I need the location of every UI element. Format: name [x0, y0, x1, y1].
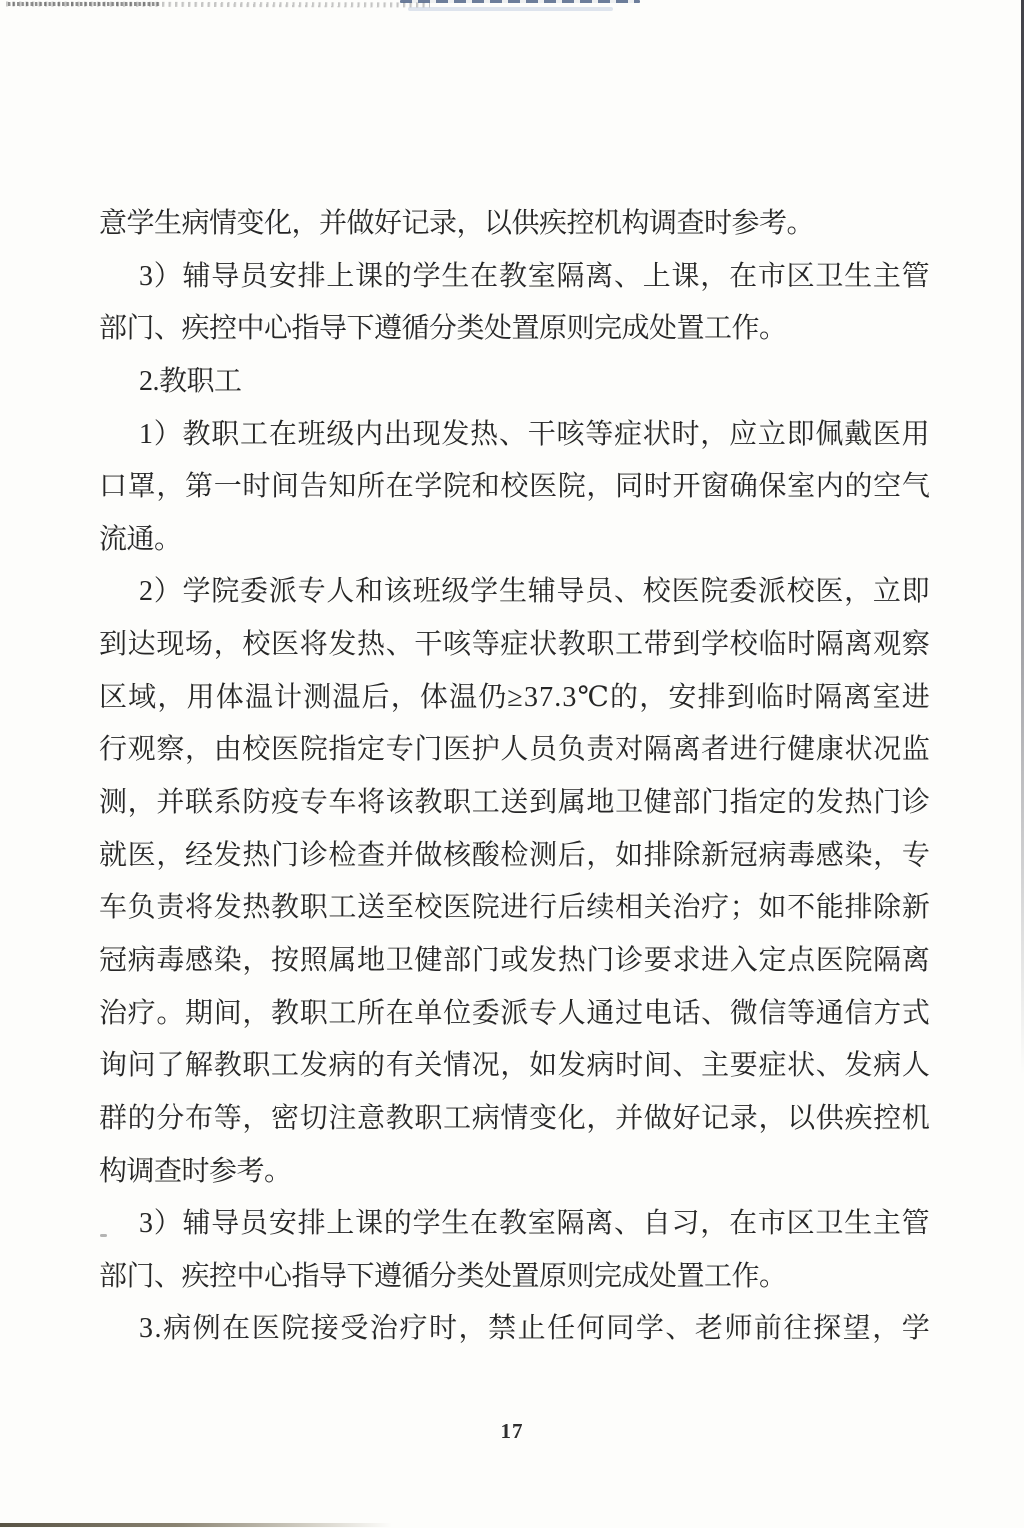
document-page: 意学生病情变化，并做好记录，以供疾控机构调查时参考。 3）辅导员安排上课的学生在… — [0, 0, 1024, 1528]
text-line: 3）辅导员安排上课的学生在教室隔离、上课，在市区卫生主管 — [99, 251, 930, 304]
page-text-body: 意学生病情变化，并做好记录，以供疾控机构调查时参考。 3）辅导员安排上课的学生在… — [99, 198, 930, 1356]
text-line: 1）教职工在班级内出现发热、干咳等症状时，应立即佩戴医用 — [99, 409, 930, 462]
text-line: 治疗。期间，教职工所在单位委派专人通过电话、微信等通信方式 — [99, 988, 930, 1041]
text-line: 3.病例在医院接受治疗时，禁止任何同学、老师前往探望，学 — [99, 1303, 930, 1356]
text-line: 意学生病情变化，并做好记录，以供疾控机构调查时参考。 — [99, 198, 930, 251]
text-line: 2）学院委派专人和该班级学生辅导员、校医院委派校医，立即 — [99, 566, 930, 619]
scan-blue-smudge — [408, 7, 613, 11]
page-number: 17 — [0, 1419, 1024, 1444]
scan-line-bottom-left — [0, 1523, 392, 1527]
text-line: 车负责将发热教职工送至校医院进行后续相关治疗；如不能排除新 — [99, 882, 930, 935]
text-line: 流通。 — [99, 514, 930, 567]
text-line: 就医，经发热门诊检查并做核酸检测后，如排除新冠病毒感染，专 — [99, 830, 930, 883]
text-line: 行观察，由校医院指定专门医护人员负责对隔离者进行健康状况监 — [99, 724, 930, 777]
text-line: 3）辅导员安排上课的学生在教室隔离、自习，在市区卫生主管 — [99, 1198, 930, 1251]
scan-blue-dash-mark — [400, 0, 640, 3]
text-line: 区域，用体温计测温后，体温仍≥37.3℃的，安排到临时隔离室进 — [99, 672, 930, 725]
text-line: 构调查时参考。 — [99, 1146, 930, 1199]
section-heading-line: 2.教职工 — [99, 356, 930, 409]
scan-noise-top-edge — [6, 2, 430, 8]
text-line: 到达现场，校医将发热、干咳等症状教职工带到学校临时隔离观察 — [99, 619, 930, 672]
text-line: 询问了解教职工发病的有关情况，如发病时间、主要症状、发病人 — [99, 1040, 930, 1093]
text-line: 群的分布等，密切注意教职工病情变化，并做好记录，以供疾控机 — [99, 1093, 930, 1146]
text-line: 测，并联系防疫专车将该教职工送到属地卫健部门指定的发热门诊 — [99, 777, 930, 830]
scan-noise-top-left-cluster — [8, 2, 160, 6]
text-line: 部门、疾控中心指导下遵循分类处置原则完成处置工作。 — [99, 1251, 930, 1304]
text-line: 冠病毒感染，按照属地卫健部门或发热门诊要求进入定点医院隔离 — [99, 935, 930, 988]
text-line: 部门、疾控中心指导下遵循分类处置原则完成处置工作。 — [99, 303, 930, 356]
text-line: 口罩，第一时间告知所在学院和校医院，同时开窗确保室内的空气 — [99, 461, 930, 514]
